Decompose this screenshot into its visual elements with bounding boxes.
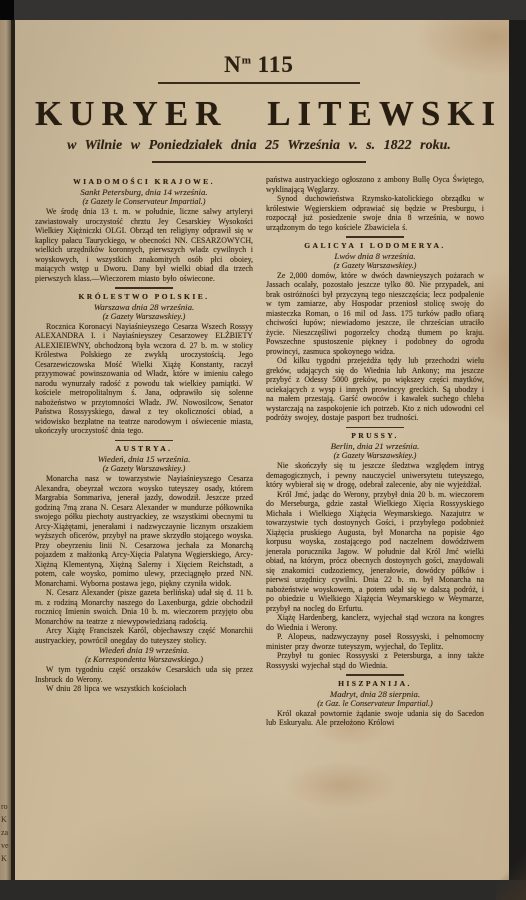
- paragraph: P. Alopeus, nadzwyczayny poseł Rossyyski…: [266, 632, 484, 651]
- edge-fragment: K: [1, 813, 11, 826]
- section-source: (z Korrespondenta Warszawskiego.): [35, 655, 253, 665]
- section-source: (z Gazety le Conservateur Impartial.): [35, 197, 253, 207]
- paragraph: We środę dnia 13 t. m. w południe, liczn…: [35, 207, 253, 283]
- news-section: HISZPANIJA.Madryt, dnia 28 sierpnia.(z G…: [266, 674, 484, 728]
- section-source: (z Gazety Warszawskiey.): [35, 464, 253, 474]
- masthead: Nm 115 KURYER LITEWSKI w Wilnie w Ponied…: [35, 52, 483, 163]
- section-divider: [115, 287, 173, 289]
- column-right: państwa austryackiego ogłoszono z ambony…: [266, 175, 484, 728]
- section-dateline: Berlin, dnia 21 września.: [266, 441, 484, 451]
- section-source: (z Gazety Warszawskiey.): [266, 261, 484, 271]
- paragraph: Od kilku tygodni przejeżdża tędy lub prz…: [266, 356, 484, 423]
- column-left: WIADOMOŚCI KRAJOWE.Sankt Petersburg, dni…: [35, 175, 253, 728]
- news-section: PRUSSY.Berlin, dnia 21 września.(z Gazet…: [266, 427, 484, 671]
- section-divider: [115, 440, 173, 442]
- paragraph: W dniu 28 lipca we wszystkich kościołach: [35, 684, 253, 694]
- adjacent-page-text-fragments: roKzaveK: [1, 800, 11, 865]
- article-columns: WIADOMOŚCI KRAJOWE.Sankt Petersburg, dni…: [35, 175, 483, 728]
- section-heading: KRÓLESTWO POLSKIE.: [35, 292, 253, 301]
- section-dateline: Wiedeń dnia 19 września.: [35, 645, 253, 655]
- news-section: GALICYA I LODOMERYA.Lwów dnia 8 września…: [266, 236, 484, 423]
- section-source: (z Gaz. le Conservateur Impartial.): [266, 699, 484, 709]
- newspaper-title: KURYER LITEWSKI: [35, 94, 483, 134]
- paragraph: Arcy Xiążę Franciszek Karól, objechawszy…: [35, 626, 253, 645]
- newspaper-dateline: w Wilnie w Poniedziałek dnia 25 Września…: [35, 138, 483, 154]
- page-curl-shadow: [496, 852, 526, 900]
- paragraph: N. Cesarz Alexander (pisze gazeta berliń…: [35, 588, 253, 626]
- section-dateline: Lwów dnia 8 września.: [266, 251, 484, 261]
- news-section: Wiedeń dnia 19 września.(z Korrespondent…: [35, 645, 253, 694]
- scan-border-top: [0, 0, 526, 20]
- section-heading: WIADOMOŚCI KRAJOWE.: [35, 177, 253, 186]
- news-section: państwa austryackiego ogłoszono z ambony…: [266, 175, 484, 232]
- paragraph: Król okazał powtornie żądanie swoje udan…: [266, 709, 484, 728]
- edge-fragment: za: [1, 826, 11, 839]
- paragraph: Monarcha nasz w towarzystwie Nayiaśnieys…: [35, 474, 253, 588]
- section-divider: [346, 236, 404, 238]
- paragraph: Przybył tu goniec Rossyyski z Petersburg…: [266, 651, 484, 670]
- issue-superscript: m: [242, 54, 251, 66]
- section-divider: [346, 674, 404, 676]
- section-dateline: Madryt, dnia 28 sierpnia.: [266, 689, 484, 699]
- section-heading: PRUSSY.: [266, 431, 484, 440]
- section-heading: GALICYA I LODOMERYA.: [266, 241, 484, 250]
- news-section: KRÓLESTWO POLSKIE.Warszawa dnia 28 wrześ…: [35, 287, 253, 436]
- paragraph: Ze 2,000 domów, które w dwóch dawnieyszy…: [266, 271, 484, 357]
- edge-fragment: K: [1, 852, 11, 865]
- paragraph: Nie skończyły się tu jeszcze śledztwa wz…: [266, 461, 484, 490]
- scan-border-bottom: [0, 880, 526, 900]
- section-divider: [346, 427, 404, 429]
- paragraph: Synod duchowieństwa Rzymsko-katolickiego…: [266, 194, 484, 232]
- section-heading: HISZPANIJA.: [266, 679, 484, 688]
- masthead-rule-top: [158, 82, 360, 84]
- newspaper-page: Nm 115 KURYER LITEWSKI w Wilnie w Ponied…: [15, 20, 509, 880]
- paragraph: W tym tygodniu część orszaków Cesarskich…: [35, 665, 253, 684]
- paragraph: Król Jmć, jadąc do Werony, przybył dnia …: [266, 490, 484, 614]
- issue-number: Nm 115: [35, 52, 483, 78]
- paragraph: Rocznica Koronacyi Nayiaśnieyszego Cesar…: [35, 322, 253, 436]
- adjacent-page-edge: roKzaveK: [0, 20, 11, 880]
- section-dateline: Wiedeń, dnia 15 września.: [35, 454, 253, 464]
- edge-fragment: ro: [1, 800, 11, 813]
- edge-fragment: ve: [1, 839, 11, 852]
- scan-corner-black: [0, 0, 14, 20]
- paragraph: państwa austryackiego ogłoszono z ambony…: [266, 175, 484, 194]
- section-source: (z Gazety Warszawskiey.): [266, 451, 484, 461]
- section-heading: AUSTRYA.: [35, 444, 253, 453]
- masthead-rule-bottom: [152, 161, 366, 163]
- paragraph: Xiążę Hardenberg, kanclerz, wyjechał stą…: [266, 613, 484, 632]
- news-section: AUSTRYA.Wiedeń, dnia 15 września.(z Gaze…: [35, 440, 253, 646]
- section-dateline: Sankt Petersburg, dnia 14 września.: [35, 187, 253, 197]
- section-dateline: Warszawa dnia 28 września.: [35, 302, 253, 312]
- section-source: (z Gazety Warszawskiey.): [35, 312, 253, 322]
- news-section: WIADOMOŚCI KRAJOWE.Sankt Petersburg, dni…: [35, 177, 253, 283]
